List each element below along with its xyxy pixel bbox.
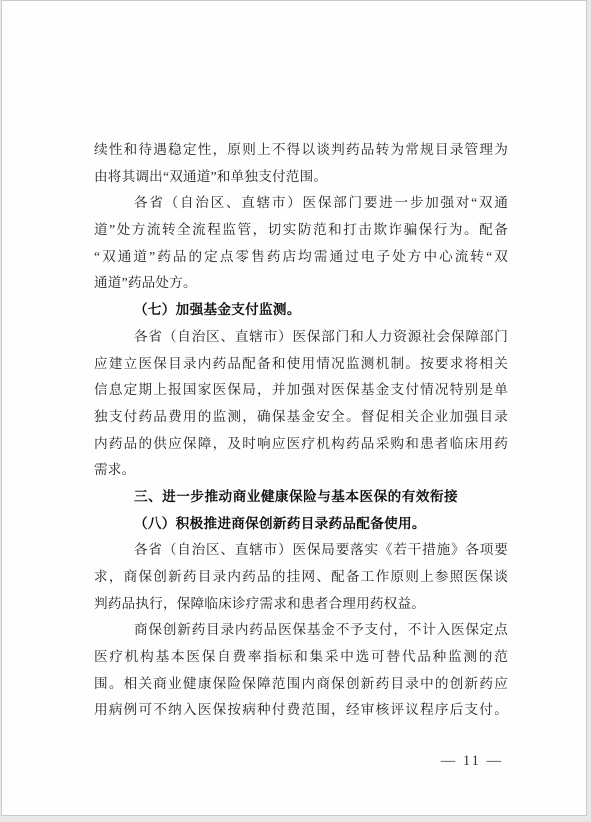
text-line: （七）加强基金支付监测。 — [94, 297, 508, 324]
document-page: 续性和待遇稳定性，原则上不得以谈判药品转为常规目录管理为由将其调出“双通道”和单… — [1, 0, 587, 816]
text-line: 各省（自治区、直辖市）医保局要落实《若干措施》各项要 — [94, 537, 508, 564]
text-line: 独支付药品费用的监测，确保基金安全。督促相关企业加强目录 — [94, 404, 508, 431]
text-line: 道”处方流转全流程监管，切实防范和打击欺诈骗保行为。配备 — [94, 217, 508, 244]
page-number: — 11 — — [441, 751, 503, 771]
text-line: 判药品执行，保障临床诊疗需求和患者合理用药权益。 — [94, 591, 508, 618]
text-line: 通道”药品处方。 — [94, 270, 508, 297]
text-line: 信息定期上报国家医保局，并加强对医保基金支付情况特别是单 — [94, 377, 508, 404]
text-line: 用病例可不纳入医保按病种付费范围，经审核评议程序后支付。 — [94, 697, 508, 724]
scan-bottom-strip — [0, 817, 591, 822]
text-line: 由将其调出“双通道”和单独支付范围。 — [94, 164, 508, 191]
text-line: 各省（自治区、直辖市）医保部门和人力资源社会保障部门 — [94, 324, 508, 351]
document-text-block: 续性和待遇稳定性，原则上不得以谈判药品转为常规目录管理为由将其调出“双通道”和单… — [94, 137, 508, 724]
text-line: （八）积极推进商保创新药目录药品配备使用。 — [94, 511, 508, 538]
text-line: 应建立医保目录内药品配备和使用情况监测机制。按要求将相关 — [94, 351, 508, 378]
text-line: 内药品的供应保障，及时响应医疗机构药品采购和患者临床用药 — [94, 431, 508, 458]
text-line: 续性和待遇稳定性，原则上不得以谈判药品转为常规目录管理为 — [94, 137, 508, 164]
text-line: 商保创新药目录内药品医保基金不予支付，不计入医保定点 — [94, 617, 508, 644]
text-line: 需求。 — [94, 457, 508, 484]
text-line: “双通道”药品的定点零售药店均需通过电子处方中心流转“双 — [94, 244, 508, 271]
text-line: 三、进一步推动商业健康保险与基本医保的有效衔接 — [94, 484, 508, 511]
text-line: 围。相关商业健康保险保障范围内商保创新药目录中的创新药应 — [94, 671, 508, 698]
text-line: 求，商保创新药目录内药品的挂网、配备工作原则上参照医保谈 — [94, 564, 508, 591]
text-line: 各省（自治区、直辖市）医保部门要进一步加强对“双通 — [94, 190, 508, 217]
text-line: 医疗机构基本医保自费率指标和集采中选可替代品种监测的范 — [94, 644, 508, 671]
